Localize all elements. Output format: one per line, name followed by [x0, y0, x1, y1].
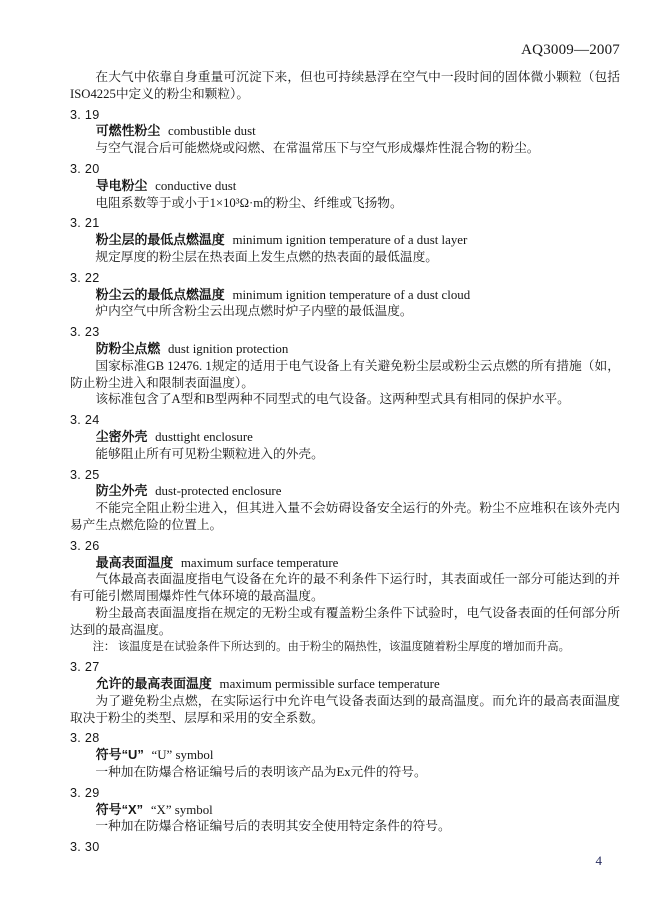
term-chinese: 可燃性粉尘 — [96, 123, 160, 138]
term-line: 最高表面温度maximum surface temperature — [70, 555, 620, 572]
term-line: 导电粉尘conductive dust — [70, 178, 620, 195]
definition-paragraph: 炉内空气中所含粉尘云出现点燃时炉子内壁的最低温度。 — [70, 303, 620, 320]
definition-section: 3. 19 可燃性粉尘combustible dust 与空气混合后可能燃烧或闷… — [70, 107, 620, 157]
term-line: 符号“U”“U” symbol — [70, 747, 620, 764]
intro-block: 在大气中依靠自身重量可沉淀下来，但也可持续悬浮在空气中一段时间的固体微小颗粒（包… — [70, 69, 620, 103]
page-number: 4 — [596, 853, 603, 869]
term-chinese: 防尘外壳 — [96, 483, 148, 498]
definition-paragraph: 与空气混合后可能燃烧或闷燃、在常温常压下与空气形成爆炸性混合物的粉尘。 — [70, 140, 620, 157]
definition-section: 3. 28 符号“U”“U” symbol 一种加在防爆合格证编号后的表明该产品… — [70, 730, 620, 780]
intro-paragraph: 在大气中依靠自身重量可沉淀下来，但也可持续悬浮在空气中一段时间的固体微小颗粒（包… — [70, 69, 620, 103]
term-chinese: 最高表面温度 — [96, 555, 173, 570]
definition-paragraph: 规定厚度的粉尘层在热表面上发生点燃的热表面的最低温度。 — [70, 249, 620, 266]
definition-section: 3. 30 — [70, 839, 620, 856]
term-chinese: 防粉尘点燃 — [96, 341, 160, 356]
term-line: 防尘外壳dust-protected enclosure — [70, 483, 620, 500]
term-english: minimum ignition temperature of a dust l… — [232, 233, 467, 247]
term-line: 允许的最高表面温度maximum permissible surface tem… — [70, 676, 620, 693]
term-line: 可燃性粉尘combustible dust — [70, 123, 620, 140]
section-number: 3. 25 — [70, 467, 620, 484]
term-english: dust ignition protection — [168, 342, 288, 356]
definition-section: 3. 25 防尘外壳dust-protected enclosure 不能完全阻… — [70, 467, 620, 534]
term-line: 防粉尘点燃dust ignition protection — [70, 341, 620, 358]
term-chinese: 粉尘云的最低点燃温度 — [96, 287, 225, 302]
term-english: “U” symbol — [152, 748, 214, 762]
term-chinese: 导电粉尘 — [96, 178, 148, 193]
term-english: “X” symbol — [151, 803, 213, 817]
term-english: dusttight enclosure — [155, 430, 253, 444]
section-number: 3. 20 — [70, 161, 620, 178]
definition-section: 3. 22 粉尘云的最低点燃温度minimum ignition tempera… — [70, 270, 620, 320]
term-english: dust-protected enclosure — [155, 484, 281, 498]
definition-paragraph: 不能完全阻止粉尘进入，但其进入量不会妨碍设备安全运行的外壳。粉尘不应堆积在该外壳… — [70, 500, 620, 534]
doc-code-header: AQ3009—2007 — [70, 42, 620, 58]
term-english: combustible dust — [168, 124, 256, 138]
term-chinese: 符号“X” — [96, 802, 143, 817]
term-chinese: 粉尘层的最低点燃温度 — [96, 232, 225, 247]
term-line: 符号“X”“X” symbol — [70, 802, 620, 819]
section-number: 3. 19 — [70, 107, 620, 124]
term-english: minimum ignition temperature of a dust c… — [232, 288, 470, 302]
definition-paragraph: 电阻系数等于或小于1×10³Ω·m的粉尘、纤维或飞扬物。 — [70, 195, 620, 212]
section-number: 3. 26 — [70, 538, 620, 555]
definition-paragraph: 气体最高表面温度指电气设备在允许的最不利条件下运行时，其表面或任一部分可能达到的… — [70, 571, 620, 605]
definition-paragraph: 国家标准GB 12476. 1规定的适用于电气设备上有关避免粉尘层或粉尘云点燃的… — [70, 358, 620, 392]
page-content: AQ3009—2007 在大气中依靠自身重量可沉淀下来，但也可持续悬浮在空气中一… — [0, 0, 658, 856]
definition-paragraph: 一种加在防爆合格证编号后的表明该产品为Ex元件的符号。 — [70, 764, 620, 781]
term-english: maximum permissible surface temperature — [220, 677, 440, 691]
section-number: 3. 29 — [70, 785, 620, 802]
definition-section: 3. 27 允许的最高表面温度maximum permissible surfa… — [70, 659, 620, 726]
definition-section: 3. 21 粉尘层的最低点燃温度minimum ignition tempera… — [70, 215, 620, 265]
term-chinese: 尘密外壳 — [96, 429, 148, 444]
definition-paragraph: 粉尘最高表面温度指在规定的无粉尘或有覆盖粉尘条件下试验时，电气设备表面的任何部分… — [70, 605, 620, 639]
definition-note: 注： 该温度是在试验条件下所达到的。由于粉尘的隔热性，该温度随着粉尘厚度的增加而… — [70, 639, 620, 656]
term-english: conductive dust — [155, 179, 236, 193]
definition-paragraph: 该标准包含了A型和B型两种不同型式的电气设备。这两种型式具有相同的保护水平。 — [70, 391, 620, 408]
definition-paragraph: 能够阻止所有可见粉尘颗粒进入的外壳。 — [70, 446, 620, 463]
section-number: 3. 23 — [70, 324, 620, 341]
definition-section: 3. 29 符号“X”“X” symbol 一种加在防爆合格证编号后的表明其安全… — [70, 785, 620, 835]
definition-paragraph: 一种加在防爆合格证编号后的表明其安全使用特定条件的符号。 — [70, 818, 620, 835]
definition-section: 3. 24 尘密外壳dusttight enclosure 能够阻止所有可见粉尘… — [70, 412, 620, 462]
definition-section: 3. 20 导电粉尘conductive dust 电阻系数等于或小于1×10³… — [70, 161, 620, 211]
document-page: AQ3009—2007 在大气中依靠自身重量可沉淀下来，但也可持续悬浮在空气中一… — [0, 0, 658, 916]
term-chinese: 符号“U” — [96, 747, 144, 762]
term-chinese: 允许的最高表面温度 — [96, 676, 212, 691]
section-number: 3. 24 — [70, 412, 620, 429]
definition-section: 3. 23 防粉尘点燃dust ignition protection 国家标准… — [70, 324, 620, 408]
term-line: 尘密外壳dusttight enclosure — [70, 429, 620, 446]
section-number: 3. 30 — [70, 839, 620, 856]
term-english: maximum surface temperature — [181, 556, 338, 570]
section-number: 3. 21 — [70, 215, 620, 232]
section-number: 3. 28 — [70, 730, 620, 747]
term-line: 粉尘云的最低点燃温度minimum ignition temperature o… — [70, 287, 620, 304]
definition-section: 3. 26 最高表面温度maximum surface temperature … — [70, 538, 620, 656]
section-number: 3. 22 — [70, 270, 620, 287]
section-number: 3. 27 — [70, 659, 620, 676]
term-line: 粉尘层的最低点燃温度minimum ignition temperature o… — [70, 232, 620, 249]
definition-paragraph: 为了避免粉尘点燃，在实际运行中允许电气设备表面达到的最高温度。而允许的最高表面温… — [70, 693, 620, 727]
